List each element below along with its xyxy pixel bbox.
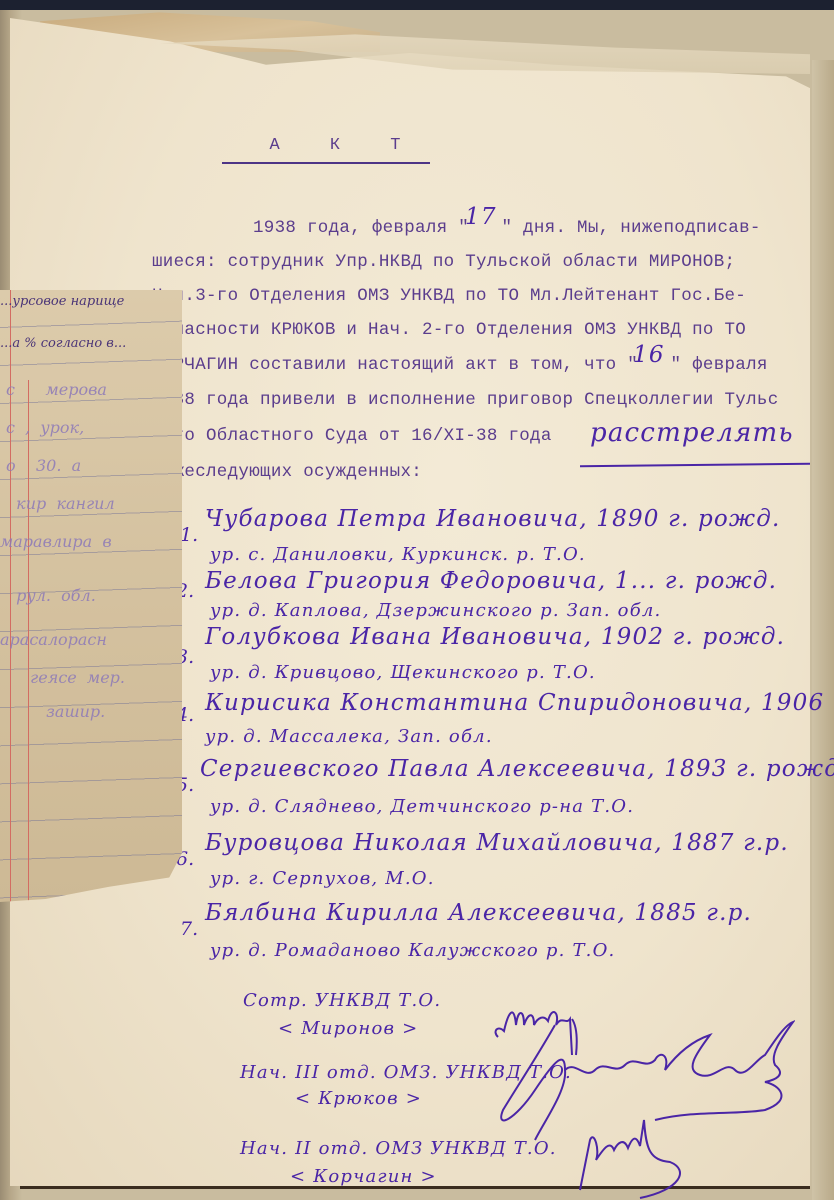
title-underline [222, 162, 430, 164]
item-origin: ур. с. Даниловки, Куркинск. р. Т.О. [210, 544, 586, 565]
scrap-bleed-line: зашир. [36, 702, 105, 721]
item-name: Белова Григория Федоровича, 1... г. рожд… [205, 568, 777, 594]
typed-line-3: Нач.3-го Отделения ОМЗ УНКВД по ТО Мл.Ле… [152, 286, 746, 306]
underlying-sheet-edge [812, 60, 834, 1200]
item-name: Чубарова Петра Ивановича, 1890 г. рожд. [205, 506, 781, 532]
item-number: 7. [180, 918, 198, 940]
item-name: Бялбина Кирилла Алексеевича, 1885 г.р. [205, 900, 752, 926]
scrap-bleed-line: рул. обл. [6, 586, 96, 605]
item-number: 1. [180, 524, 198, 546]
item-origin: ур. г. Серпухов, М.О. [210, 868, 435, 889]
scrap-bleed-line: с мерова [6, 380, 107, 399]
typed-line-6: 1938 года привели в исполнение приговор … [152, 390, 779, 410]
scrap-bleed-line: с , урок, [6, 418, 84, 437]
item-origin: ур. д. Кривцово, Щекинского р. Т.О. [210, 662, 596, 683]
typed-line-7: кого Областного Суда от 16/XI-38 года [152, 426, 552, 446]
scrap-bleed-line: маравлира в [0, 532, 112, 551]
signatory-position: Сотр. УНКВД Т.О. [243, 990, 441, 1011]
scrap-bleed-line: геясе мер. [20, 668, 125, 687]
scrap-bleed-line: о 30. а [6, 456, 81, 475]
handwritten-day-executed: 16 [633, 342, 665, 368]
item-origin: ур. д. Сляднево, Детчинского р-на Т.О. [210, 796, 634, 817]
attached-note-scrap: ...урсовое нарище ...а % согласно в... с… [0, 290, 182, 902]
signatory-name: < Миронов > [278, 1018, 418, 1039]
item-origin: ур. д. Ромаданово Калужского р. Т.О. [210, 940, 615, 961]
typed-line-1: 1938 года, февраля " " дня. Мы, нижеподп… [253, 218, 761, 238]
signatory-name: < Корчагин > [290, 1166, 437, 1187]
typed-line-5: КОРЧАГИН составили настоящий акт в том, … [152, 355, 768, 375]
item-name: Буровцова Николая Михайловича, 1887 г.р. [205, 830, 789, 856]
scrap-bleed-line: кир кангил [6, 494, 115, 513]
typed-line-8: нижеследующих осужденных: [152, 462, 422, 482]
scrap-bleed-line: арасалорасн [0, 630, 107, 649]
handwritten-day-signed: 17 [465, 204, 497, 230]
item-name: Голубкова Ивана Ивановича, 1902 г. рожд. [205, 624, 785, 650]
handwritten-verdict: расстрелять [590, 418, 794, 448]
scrap-ink-line-1: ...урсовое нарище [0, 294, 124, 309]
item-origin: ур. д. Каплова, Дзержинского р. Зап. обл… [210, 600, 661, 621]
item-name: Сергиевского Павла Алексеевича, 1893 г. … [200, 756, 834, 782]
signatory-name: < Крюков > [295, 1088, 422, 1109]
scrap-ink-line-2: ...а % согласно в... [0, 336, 126, 351]
item-name: Кирисика Константина Спиридоновича, 1906… [205, 690, 834, 716]
item-origin: ур. д. Массалека, Зап. обл. [205, 726, 493, 747]
signature-korchagin [570, 1090, 710, 1200]
typed-line-4: зопасности КРЮКОВ и Нач. 2-го Отделения … [152, 320, 746, 340]
typed-line-2: шиеся: сотрудник Упр.НКВД по Тульской об… [152, 252, 735, 272]
document-title: А К Т [240, 136, 450, 155]
